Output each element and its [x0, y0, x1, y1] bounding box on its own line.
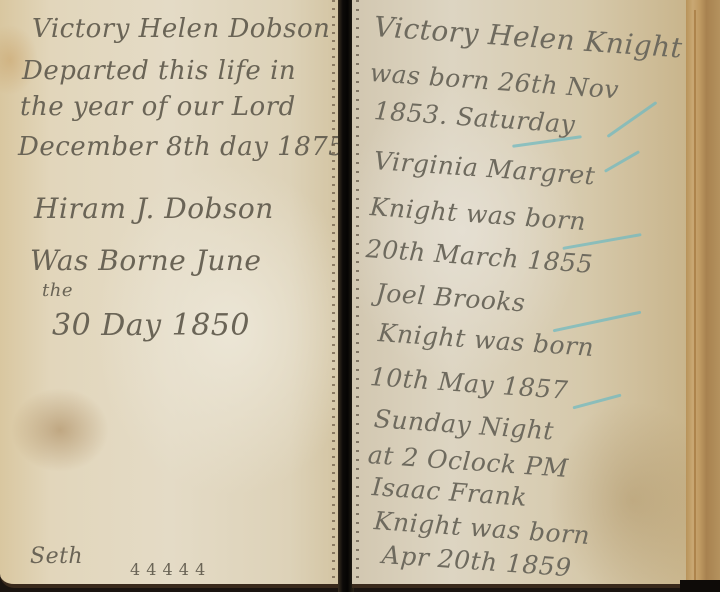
- page-edges: atanaieariakngiantecpt: [686, 0, 720, 592]
- footer-number: 4 4 4 4 4: [130, 560, 206, 579]
- handwritten-line: 10th May 1857: [369, 362, 569, 405]
- handwritten-line: 1853. Saturday: [373, 96, 576, 139]
- handwritten-line: Was Borne June: [30, 244, 262, 277]
- handwritten-line: Victory Helen Knight: [373, 10, 684, 64]
- left-page: Victory Helen Dobson Departed this life …: [0, 0, 340, 588]
- book-cover-edge: [680, 580, 720, 592]
- handwritten-line: the year of our Lord: [20, 92, 296, 122]
- blue-pencil-mark: [553, 311, 642, 333]
- handwritten-line: December 8th day 1875: [18, 132, 340, 162]
- handwritten-line: the: [42, 280, 73, 301]
- handwritten-line: Victory Helen Dobson: [32, 14, 330, 44]
- handwritten-line: 30 Day 1850: [52, 308, 250, 343]
- handwritten-line: Knight was born: [377, 318, 595, 362]
- handwritten-line: Virginia Margret: [373, 146, 596, 190]
- footer-name: Seth: [30, 544, 83, 569]
- blue-pencil-mark: [604, 150, 640, 173]
- handwritten-line: Departed this life in: [22, 56, 296, 86]
- handwritten-line: Sunday Night: [373, 404, 555, 446]
- handwritten-line: Knight was born: [369, 192, 587, 236]
- blue-pencil-mark: [572, 394, 621, 410]
- open-record-book: Victory Helen Dobson Departed this life …: [0, 0, 720, 592]
- blue-pencil-mark: [562, 233, 641, 250]
- handwritten-line: Hiram J. Dobson: [34, 192, 274, 225]
- blue-pencil-mark: [607, 101, 658, 138]
- right-page: Victory Helen Knight was born 26th Nov 1…: [352, 0, 686, 588]
- handwritten-line: 20th March 1855: [365, 234, 594, 279]
- handwritten-line: Joel Brooks: [375, 278, 526, 317]
